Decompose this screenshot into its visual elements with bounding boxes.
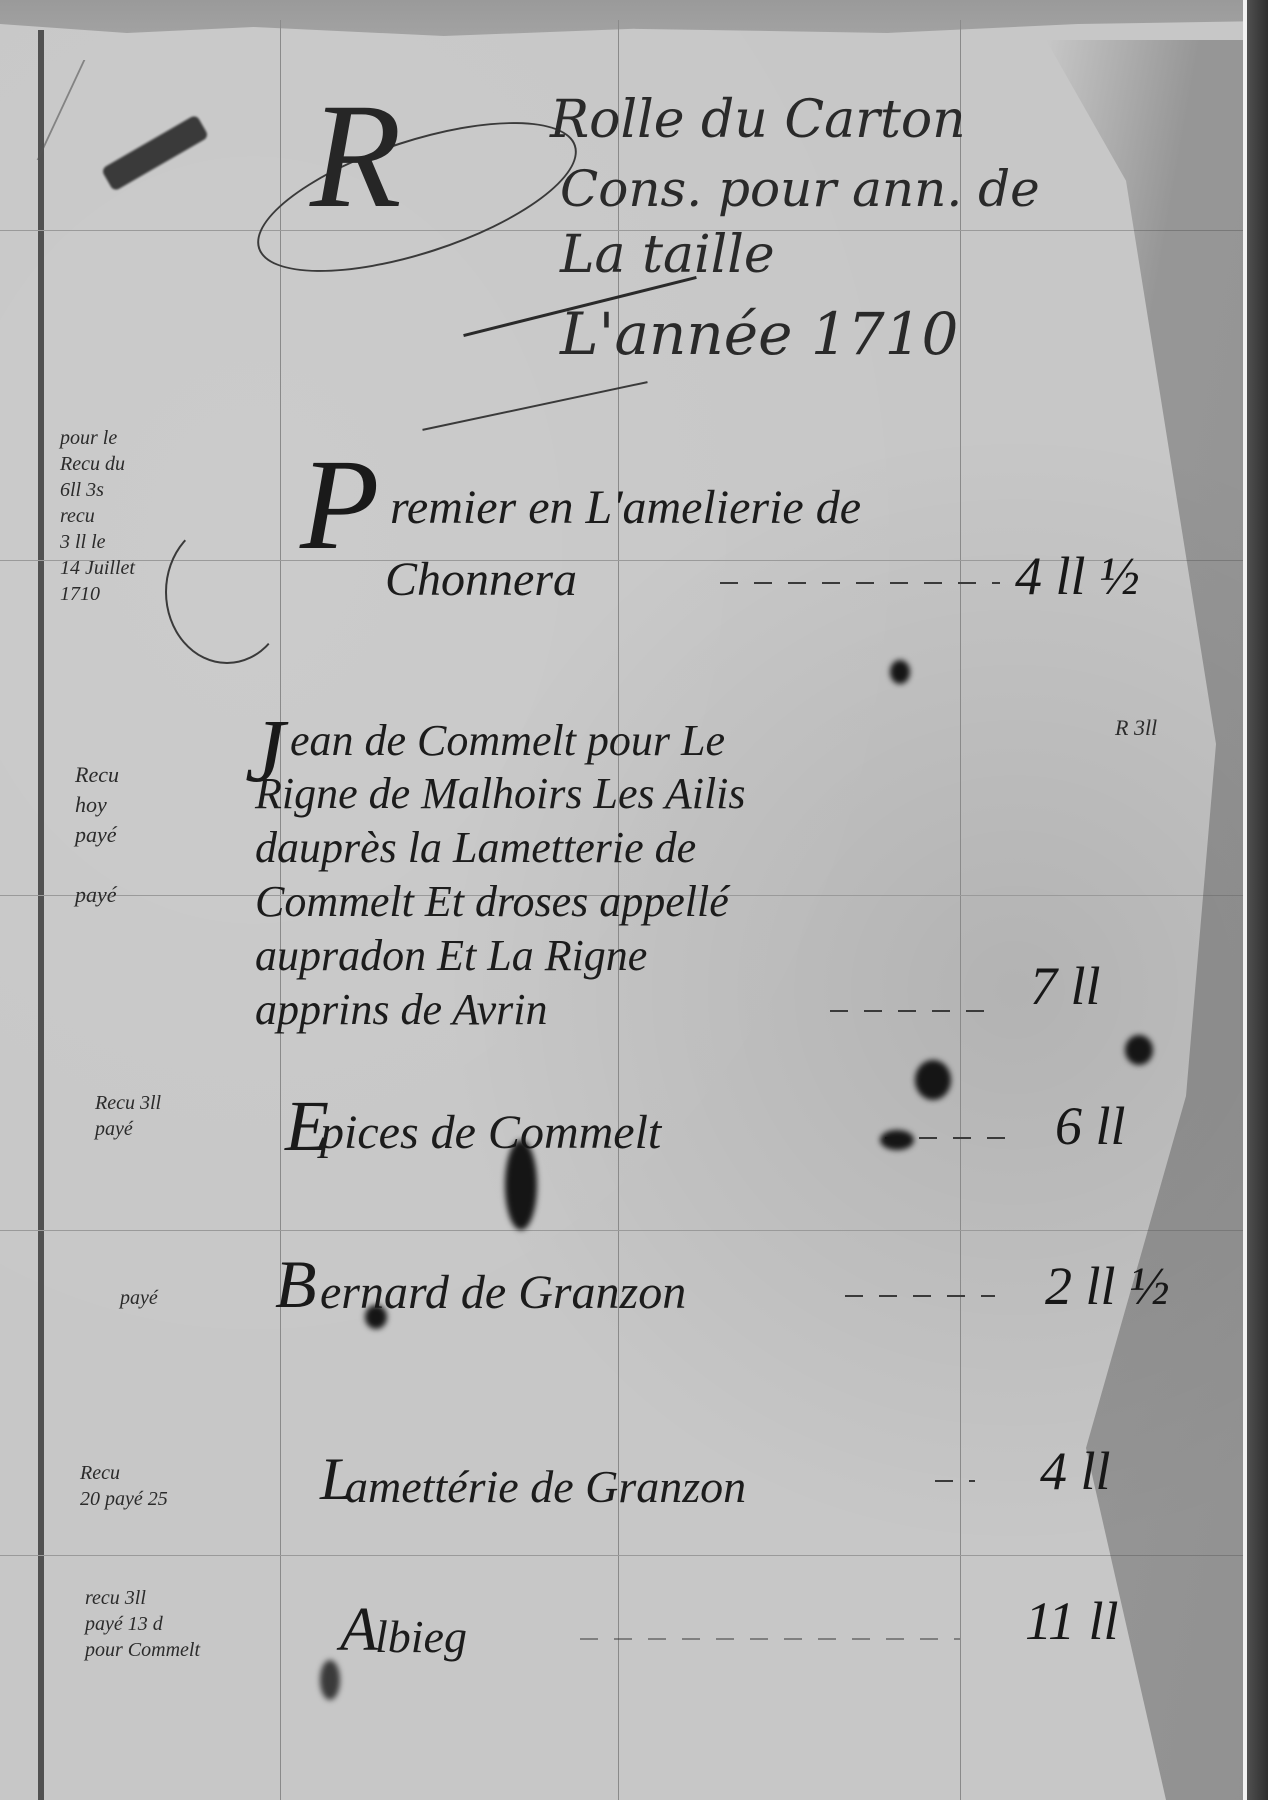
- entry-2-amount: 7 ll: [1030, 955, 1101, 1017]
- entry-1-leader: [720, 582, 1000, 584]
- ink-blot: [1125, 1035, 1153, 1065]
- ink-blot: [365, 1305, 387, 1329]
- ink-blot: [880, 1130, 914, 1150]
- title-underline-stroke: [422, 381, 647, 431]
- title-line-2: Cons. pour ann. de: [560, 160, 1040, 218]
- entry-3-margin-note: Recu 3ll payé: [95, 1090, 161, 1142]
- entry-1-line-2: Chonnera: [385, 552, 577, 607]
- horizontal-rule: [0, 1230, 1243, 1231]
- entry-5-amount: 4 ll: [1040, 1440, 1111, 1502]
- entry-1-margin-note: pour le Recu du 6ll 3s recu 3 ll le 14 J…: [60, 425, 135, 607]
- entry-6-leader: [580, 1638, 960, 1640]
- entry-4-amount: 2 ll ½: [1045, 1255, 1170, 1317]
- right-margin-note: R 3ll: [1115, 715, 1157, 741]
- horizontal-rule: [0, 1555, 1243, 1556]
- left-margin-rule: [38, 30, 44, 1800]
- margin-stroke: [37, 60, 226, 160]
- entry-2-line-2: Rigne de Malhoirs Les Ailis: [255, 768, 746, 819]
- entry-1-amount: 4 ll ½: [1015, 545, 1140, 607]
- entry-2-line-1: ean de Commelt pour Le: [290, 715, 725, 766]
- entry-5-margin-note: Recu 20 payé 25: [80, 1460, 168, 1512]
- title-initial: R: [310, 70, 402, 242]
- entry-2-line-4: Commelt Et droses appellé: [255, 876, 729, 927]
- entry-1-flourish: [165, 520, 289, 664]
- entry-3-line-1: pices de Commelt: [320, 1105, 661, 1160]
- entry-6-amount: 11 ll: [1025, 1590, 1119, 1652]
- entry-2-line-6: apprins de Avrin: [255, 984, 548, 1035]
- entry-2-margin-note: Recu hoy payé payé: [75, 760, 119, 910]
- title-line-4: L'année 1710: [560, 300, 958, 368]
- title-line-3: La taille: [560, 225, 775, 285]
- entry-4-initial: B: [275, 1245, 317, 1324]
- manuscript-page: R Rolle du Carton Cons. pour ann. de La …: [0, 0, 1268, 1800]
- page-fold-shadow: [1046, 40, 1246, 1800]
- ink-blot: [505, 1140, 537, 1230]
- entry-6-initial: A: [340, 1595, 378, 1666]
- entry-3-amount: 6 ll: [1055, 1095, 1126, 1157]
- entry-2-line-5: aupradon Et La Rigne: [255, 930, 647, 981]
- title-line-1: Rolle du Carton: [550, 90, 966, 150]
- entry-6-line-1: lbieg: [375, 1610, 467, 1663]
- ink-blot: [915, 1060, 951, 1100]
- entry-6-margin-note: recu 3ll payé 13 d pour Commelt: [85, 1585, 200, 1663]
- ink-blot: [320, 1660, 340, 1700]
- entry-5-leader: [935, 1480, 975, 1482]
- vertical-rule: [960, 20, 961, 1800]
- title-flourish: [241, 91, 594, 303]
- entry-2-line-3: dauprès la Lametterie de: [255, 822, 696, 873]
- entry-2-leader: [830, 1010, 990, 1012]
- ink-blot: [890, 660, 910, 684]
- binding-shadow: [1247, 0, 1268, 1800]
- entry-4-margin-note: payé: [120, 1285, 158, 1311]
- entry-1-initial: P: [300, 430, 379, 580]
- entry-4-leader: [845, 1295, 995, 1297]
- entry-1-line-1: remier en L'amelierie de: [390, 480, 861, 535]
- entry-5-line-1: amettérie de Granzon: [345, 1460, 746, 1513]
